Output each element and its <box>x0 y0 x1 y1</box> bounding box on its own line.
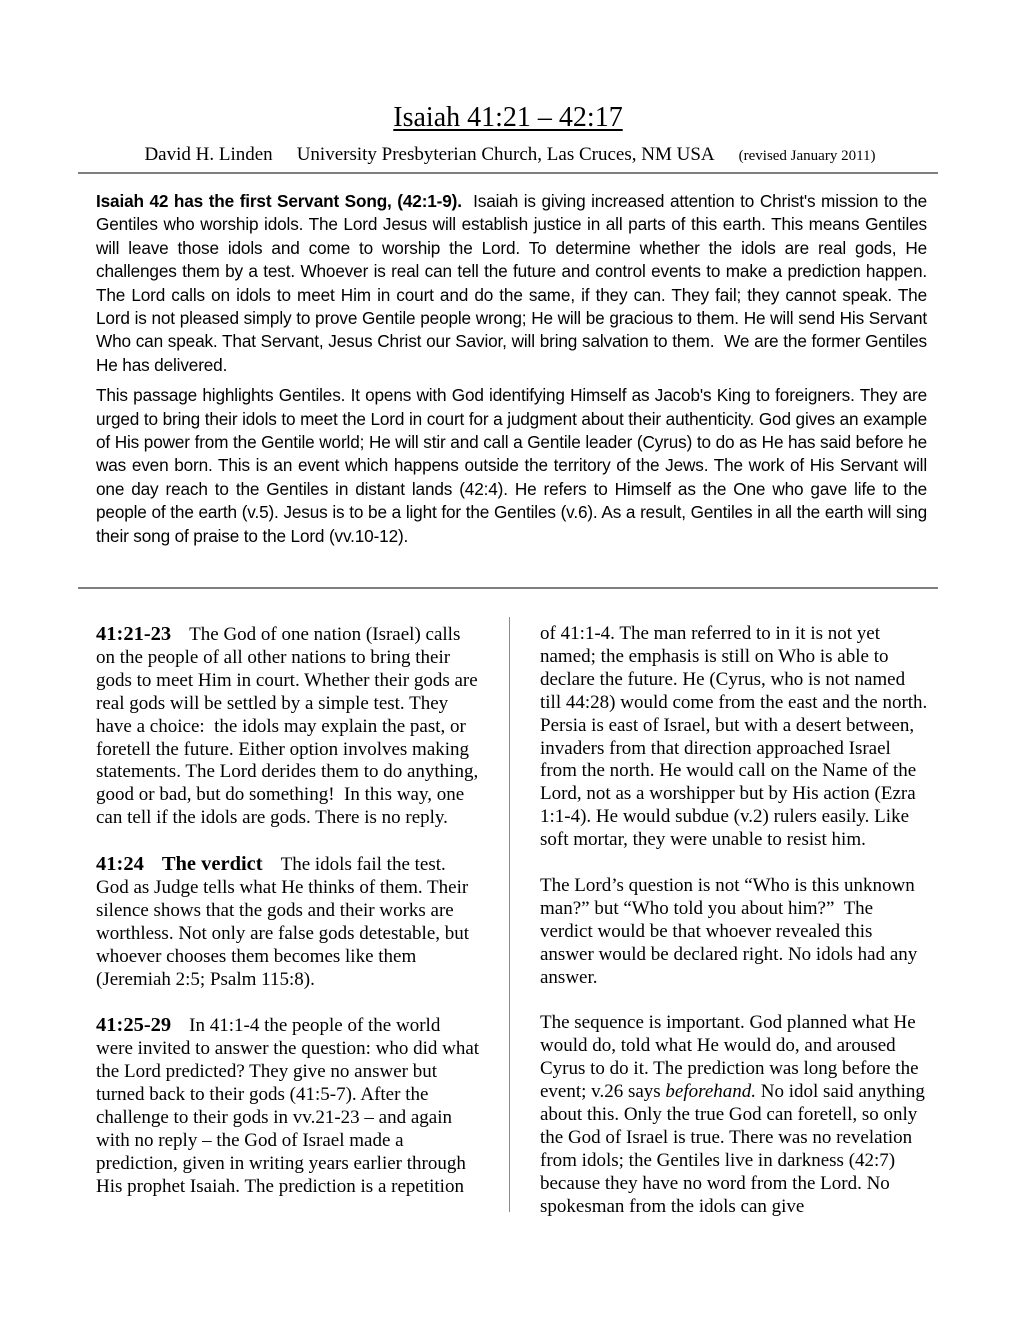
divider-top <box>78 172 938 174</box>
section-41-21-23-text: The God of one nation (Israel) calls on … <box>96 624 483 828</box>
section-41-25-29: 41:25-29In 41:1-4 the people of the worl… <box>96 1014 480 1198</box>
intro-paragraph-2: This passage highlights Gentiles. It ope… <box>96 384 927 548</box>
section-41-25-29-text: In 41:1-4 the people of the world were i… <box>96 1015 484 1196</box>
document-page: Isaiah 41:21 – 42:17 David H. Linden Uni… <box>0 0 1020 1320</box>
intro-section: Isaiah 42 has the first Servant Song, (4… <box>96 190 927 548</box>
verse-ref-41-21-23: 41:21-23 <box>96 623 171 645</box>
left-column: 41:21-23The God of one nation (Israel) c… <box>96 623 480 1199</box>
byline-revision: (revised January 2011) <box>739 144 876 168</box>
byline-affiliation: University Presbyterian Church, Las Cruc… <box>297 143 715 167</box>
intro-paragraph-1: Isaiah 42 has the first Servant Song, (4… <box>96 190 927 377</box>
section-41-21-23: 41:21-23The God of one nation (Israel) c… <box>96 623 480 830</box>
intro-paragraph-1-body: Isaiah is giving increased attention to … <box>96 191 932 375</box>
byline: David H. Linden University Presbyterian … <box>0 143 1020 168</box>
right-paragraph-3-italic: beforehand. <box>665 1081 756 1102</box>
right-column: of 41:1-4. The man referred to in it is … <box>540 623 930 1219</box>
divider-middle <box>78 587 938 589</box>
page-title-text: Isaiah 41:21 – 42:17 <box>393 102 626 133</box>
verse-ref-41-25-29: 41:25-29 <box>96 1014 171 1036</box>
right-paragraph-3: The sequence is important. God planned w… <box>540 1012 930 1218</box>
byline-author: David H. Linden <box>144 143 272 167</box>
page-title: Isaiah 41:21 – 42:17 <box>0 102 1020 134</box>
intro-lead-sentence: Isaiah 42 has the first Servant Song, (4… <box>96 191 462 211</box>
right-paragraph-2: The Lord’s question is not “Who is this … <box>540 875 930 990</box>
section-41-24-text: The idols fail the test. God as Judge te… <box>96 854 474 990</box>
verse-ref-41-24: 41:24 <box>96 853 144 875</box>
section-41-24: 41:24The verdictThe idols fail the test.… <box>96 853 480 991</box>
section-41-24-subtitle: The verdict <box>162 853 263 875</box>
right-paragraph-1: of 41:1-4. The man referred to in it is … <box>540 623 930 852</box>
column-divider <box>509 617 510 1212</box>
